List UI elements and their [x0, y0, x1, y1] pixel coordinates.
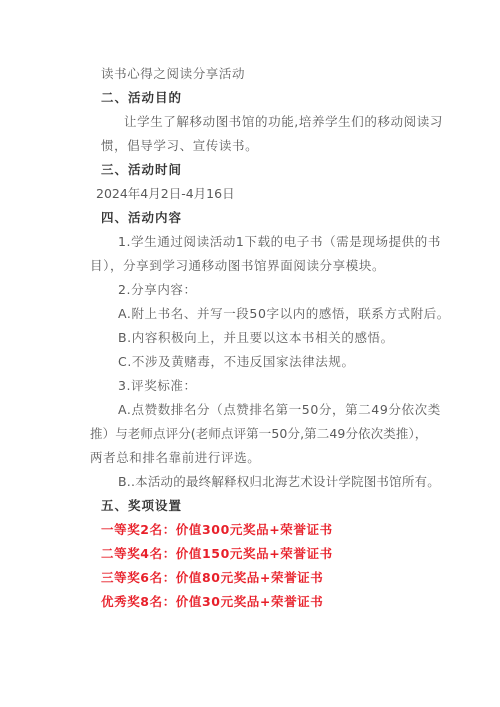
activity-date-range: 2024年4月2日-4月16日	[96, 186, 235, 202]
content-item2-title: 2.分享内容：	[118, 282, 197, 298]
content-item3-a-line-1: A.点赞数排名分（点赞排名第一50分，第二49分依次类	[118, 402, 441, 418]
content-item3-a-line-2: 推）与老师点评分(老师点评第一50分,第二49分依次类推），	[90, 426, 427, 442]
content-item2-c: C.不涉及黄赌毒，不违反国家法律法规。	[118, 354, 355, 370]
content-item3-b: B..本活动的最终解释权归北海艺术设计学院图书馆所有。	[118, 474, 440, 490]
section-heading-awards: 五、奖项设置	[101, 498, 182, 514]
content-item1-line-1: 1.学生通过阅读活动1下载的电子书（需是现场提供的书	[118, 234, 441, 250]
content-item2-b: B.内容积极向上，并且要以这本书相关的感悟。	[118, 330, 394, 346]
section-heading-time: 三、活动时间	[101, 162, 182, 178]
activity-subtitle: 读书心得之阅读分享活动	[101, 66, 245, 82]
content-item2-a: A.附上书名、并写一段50字以内的感悟，联系方式附后。	[118, 306, 450, 322]
document-page: 读书心得之阅读分享活动 二、活动目的 让学生了解移动图书馆的功能,培养学生们的移…	[0, 0, 500, 707]
award-third-prize: 三等奖6名：价值80元奖品+荣誉证书	[101, 570, 323, 586]
content-item3-a-line-3: 两者总和排名靠前进行评选。	[90, 450, 260, 466]
purpose-text-line-2: 惯，倡导学习、宣传读书。	[101, 138, 258, 154]
purpose-text-line-1: 让学生了解移动图书馆的功能,培养学生们的移动阅读习	[124, 114, 443, 130]
award-excellence-prize: 优秀奖8名：价值30元奖品+荣誉证书	[101, 594, 323, 610]
award-first-prize: 一等奖2名：价值300元奖品+荣誉证书	[101, 522, 333, 538]
content-item3-title: 3.评奖标准：	[118, 378, 197, 394]
content-item1-line-2: 目），分享到学习通移动图书馆界面阅读分享模块。	[90, 258, 385, 274]
section-heading-content: 四、活动内容	[101, 210, 182, 226]
section-heading-purpose: 二、活动目的	[101, 90, 182, 106]
award-second-prize: 二等奖4名：价值150元奖品+荣誉证书	[101, 546, 333, 562]
